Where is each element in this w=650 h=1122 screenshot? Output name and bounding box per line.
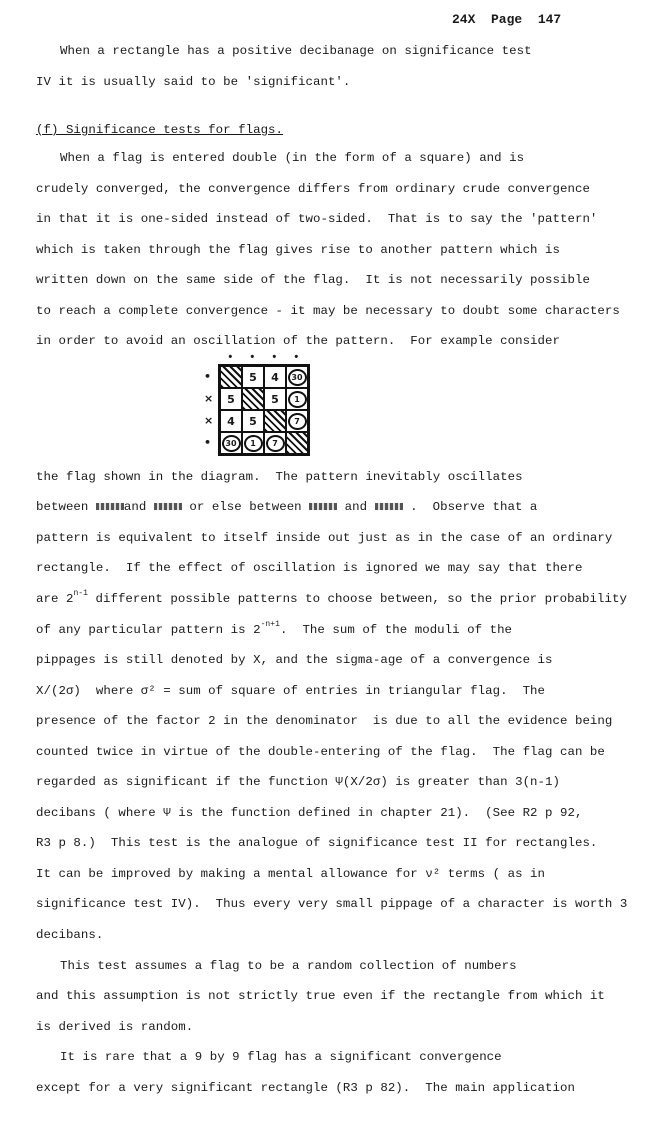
circled-entry: 7 bbox=[288, 413, 307, 430]
cell-diagonal bbox=[264, 410, 286, 432]
text-line: counted twice in virtue of the double-en… bbox=[36, 744, 605, 760]
cell: 4 bbox=[264, 366, 286, 388]
text-line: R3 p 8.) This test is the analogue of si… bbox=[36, 835, 597, 851]
text-line: and this assumption is not strictly true… bbox=[36, 988, 605, 1004]
text-line: of any particular pattern is 2-n+1. The … bbox=[36, 622, 512, 638]
text-line: When a flag is entered double (in the fo… bbox=[60, 150, 524, 166]
text-fragment: . Observe that a bbox=[410, 500, 537, 514]
col-mark: • bbox=[271, 352, 278, 364]
pattern-mark bbox=[96, 503, 124, 510]
pattern-mark bbox=[309, 503, 337, 510]
flag-grid: 5 4 30 5 5 1 4 5 7 30 1 7 bbox=[218, 364, 310, 456]
cell: 30 bbox=[220, 432, 242, 454]
text-line: the flag shown in the diagram. The patte… bbox=[36, 469, 523, 485]
text-line: pattern is equivalent to itself inside o… bbox=[36, 530, 612, 546]
col-mark: • bbox=[227, 352, 234, 364]
flag-diagram: • • • • • × × • 5 4 30 5 5 1 4 5 7 30 1 … bbox=[200, 352, 320, 460]
row-mark: • bbox=[204, 370, 211, 383]
text-fragment: between bbox=[36, 500, 88, 514]
cell: 1 bbox=[286, 388, 308, 410]
cell: 4 bbox=[220, 410, 242, 432]
cell-diagonal bbox=[242, 388, 264, 410]
cell: 30 bbox=[286, 366, 308, 388]
row-mark: × bbox=[204, 392, 213, 405]
cell: 5 bbox=[220, 388, 242, 410]
text-line: is derived is random. bbox=[36, 1019, 193, 1035]
text-line: in order to avoid an oscillation of the … bbox=[36, 333, 560, 349]
text-line: which is taken through the flag gives ri… bbox=[36, 242, 560, 258]
pattern-mark bbox=[375, 503, 403, 510]
text-line: IV it is usually said to be 'significant… bbox=[36, 74, 350, 90]
text-line: crudely converged, the convergence diffe… bbox=[36, 181, 590, 197]
text-line: It is rare that a 9 by 9 flag has a sign… bbox=[60, 1049, 502, 1065]
circled-entry: 30 bbox=[222, 435, 241, 452]
text-line: pippages is still denoted by X, and the … bbox=[36, 652, 553, 668]
row-mark: × bbox=[204, 414, 213, 427]
cell: 7 bbox=[286, 410, 308, 432]
text-line: except for a very significant rectangle … bbox=[36, 1080, 575, 1096]
text-line: significance test IV). Thus every very s… bbox=[36, 896, 627, 912]
text-fragment: or else between bbox=[189, 500, 301, 514]
text-fragment: of any particular pattern is 2 bbox=[36, 623, 261, 637]
text-line: X/(2σ) where σ² = sum of square of entri… bbox=[36, 683, 545, 699]
row-mark: • bbox=[204, 436, 211, 449]
exponent: n-1 bbox=[73, 589, 88, 598]
text-line: presence of the factor 2 in the denomina… bbox=[36, 713, 612, 729]
text-line-with-patterns: between and or else between and . Observ… bbox=[36, 499, 537, 515]
cell: 5 bbox=[264, 388, 286, 410]
circled-entry: 7 bbox=[266, 435, 285, 452]
text-line: rectangle. If the effect of oscillation … bbox=[36, 560, 582, 576]
text-line: This test assumes a flag to be a random … bbox=[60, 958, 517, 974]
pattern-mark bbox=[154, 503, 182, 510]
text-fragment: are 2 bbox=[36, 592, 73, 606]
text-line: regarded as significant if the function … bbox=[36, 774, 560, 790]
cell: 5 bbox=[242, 366, 264, 388]
cell-diagonal bbox=[286, 432, 308, 454]
page-header: 24X Page 147 bbox=[452, 12, 561, 27]
text-line: decibans ( where Ψ is the function defin… bbox=[36, 805, 582, 821]
col-mark: • bbox=[293, 352, 300, 364]
text-fragment: . The sum of the moduli of the bbox=[280, 623, 512, 637]
text-fragment: and bbox=[124, 500, 146, 514]
circled-entry: 30 bbox=[288, 369, 307, 386]
cell: 1 bbox=[242, 432, 264, 454]
text-line: When a rectangle has a positive decibana… bbox=[60, 43, 532, 59]
cell: 5 bbox=[242, 410, 264, 432]
circled-entry: 1 bbox=[244, 435, 263, 452]
circled-entry: 1 bbox=[288, 391, 307, 408]
text-fragment: and bbox=[345, 500, 367, 514]
text-line: to reach a complete convergence - it may… bbox=[36, 303, 620, 319]
exponent: -n+1 bbox=[261, 620, 280, 629]
text-line: in that it is one-sided instead of two-s… bbox=[36, 211, 597, 227]
text-line: are 2n-1 different possible patterns to … bbox=[36, 591, 627, 607]
cell: 7 bbox=[264, 432, 286, 454]
text-line: It can be improved by making a mental al… bbox=[36, 866, 545, 882]
text-fragment: different possible patterns to choose be… bbox=[88, 592, 627, 606]
text-line: written down on the same side of the fla… bbox=[36, 272, 590, 288]
text-line: decibans. bbox=[36, 927, 103, 943]
col-mark: • bbox=[249, 352, 256, 364]
cell-diagonal bbox=[220, 366, 242, 388]
section-heading: (f) Significance tests for flags. bbox=[36, 122, 283, 138]
